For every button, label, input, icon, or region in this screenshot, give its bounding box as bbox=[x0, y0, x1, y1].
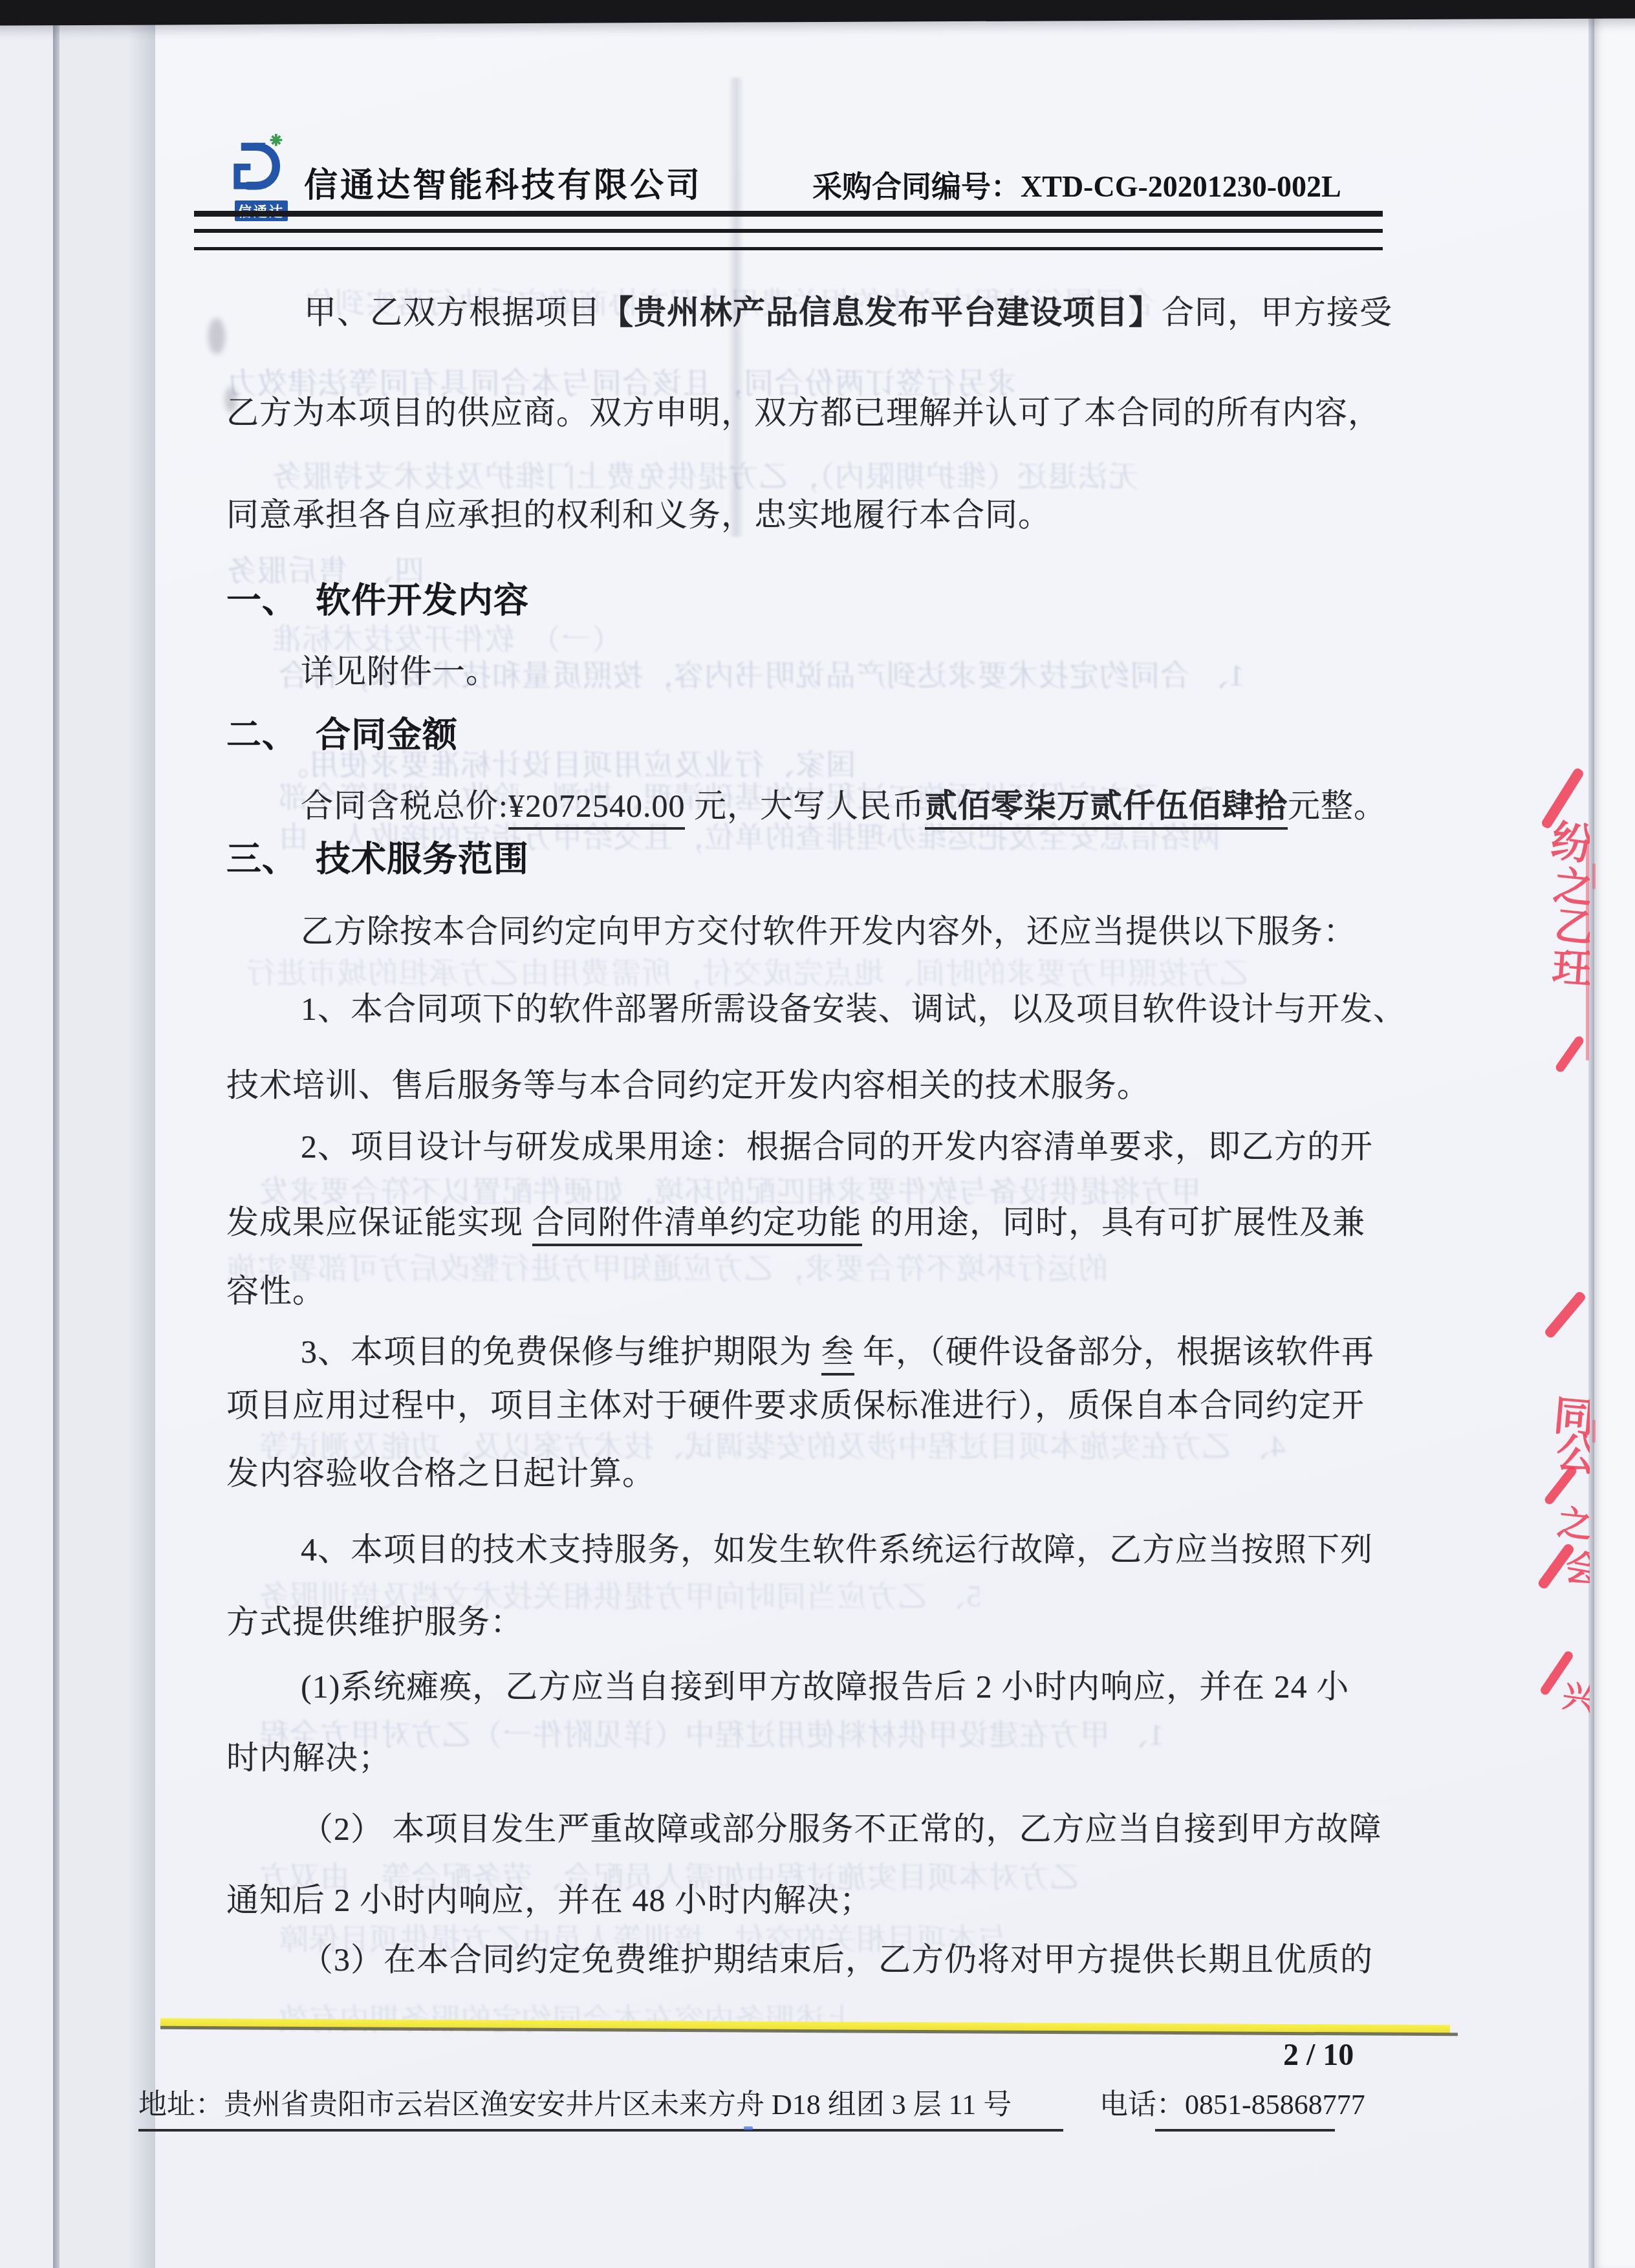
text-line: 技术培训、售后服务等与本合同约定开发内容相关的技术服务。 bbox=[226, 1067, 1150, 1105]
footer-phone-underline bbox=[1155, 2129, 1335, 2132]
text-run: 元，大写人民币 bbox=[685, 788, 925, 824]
text-run: 贰佰零柒万贰仟伍佰肆拾 bbox=[925, 788, 1288, 830]
text-line: 容性。 bbox=[226, 1273, 325, 1310]
page-number: 2 / 10 bbox=[1283, 2037, 1354, 2073]
bleed-through-line: 1、 甲方在建设甲供材料使用过程中（详见附件一）乙方对甲方全程 bbox=[259, 1711, 1164, 1754]
text-line: 通知后 2 小时内响应，并在 48 小时内解决； bbox=[226, 1882, 872, 1919]
header-double-rule bbox=[194, 211, 1383, 233]
contract-number-value: XTD-CG-20201230-002L bbox=[1021, 170, 1341, 203]
page-left-shadow bbox=[128, 17, 155, 2268]
seal-character: 乙 bbox=[1553, 906, 1590, 949]
text-line: 3、本项目的免费保修与维护期限为 叁 年，（硬件设备部分，根据该软件再 bbox=[301, 1334, 1374, 1371]
text-line: (1)系统瘫痪，乙方应当自接到甲方故障报告后 2 小时内响应，并在 24 小 bbox=[301, 1669, 1349, 1706]
text-run: 一、 软件开发内容 bbox=[226, 581, 529, 620]
company-logo: 信通达 bbox=[224, 132, 299, 221]
text-run: 1、本合同项下的软件部署所需设备安装、调试，以及项目软件设计与开发、 bbox=[301, 991, 1406, 1027]
edge-seal-stamp-strip: 纷之乙玨同公之会兴 bbox=[1488, 744, 1590, 1753]
text-run: 发成果应保证能实现 bbox=[226, 1204, 532, 1240]
text-run: 详见附件一。 bbox=[301, 653, 499, 689]
text-run: 发内容验收合格之日起计算。 bbox=[226, 1455, 655, 1491]
text-run: 同意承担各自应承担的权利和义务，忠实地履行本合同。 bbox=[226, 497, 1051, 533]
text-run: 容性。 bbox=[226, 1273, 325, 1309]
text-line: 乙方为本项目的供应商。双方申明，双方都已理解并认可了本合同的所有内容， bbox=[226, 394, 1381, 432]
scanner-background bbox=[1594, 17, 1635, 2268]
seal-fragment bbox=[1592, 863, 1596, 889]
text-line: 乙方除按本合同约定向甲方交付软件开发内容外，还应当提供以下服务： bbox=[301, 913, 1356, 951]
logo-mark bbox=[228, 132, 295, 199]
text-run: 二、 合同金额 bbox=[226, 716, 458, 755]
contract-number: 采购合同编号：XTD-CG-20201230-002L bbox=[812, 163, 1341, 206]
text-line: 方式提供维护服务： bbox=[226, 1604, 523, 1641]
text-run: 合同附件清单约定功能 bbox=[532, 1204, 862, 1246]
text-run: （2） 本项目发生严重故障或部分服务不正常的，乙方应当自接到甲方故障 bbox=[301, 1811, 1382, 1847]
company-name: 信通达智能科技有限公司 bbox=[304, 158, 702, 206]
seal-edge-line bbox=[1586, 841, 1589, 1061]
text-run: 乙方除按本合同约定向甲方交付软件开发内容外，还应当提供以下服务： bbox=[301, 913, 1356, 949]
text-line: 发内容验收合格之日起计算。 bbox=[226, 1455, 655, 1493]
text-line: 4、本项目的技术支持服务，如发生软件系统运行故障，乙方应当按照下列 bbox=[301, 1531, 1373, 1569]
text-run: 时内解决； bbox=[226, 1740, 391, 1776]
text-line: 三、 技术服务范围 bbox=[226, 839, 529, 880]
text-run: 3、本项目的免费保修与维护期限为 bbox=[301, 1334, 821, 1370]
text-run: 合同，甲方接受 bbox=[1162, 294, 1392, 330]
contract-number-label: 采购合同编号： bbox=[812, 170, 1021, 203]
text-run: 通知后 2 小时内响应，并在 48 小时内解决； bbox=[226, 1882, 872, 1918]
seal-character: 之 bbox=[1552, 866, 1590, 910]
seal-stroke bbox=[1543, 1290, 1587, 1339]
text-run: 年，（硬件设备部分，根据该软件再 bbox=[854, 1334, 1375, 1370]
text-run: 乙方为本项目的供应商。双方申明，双方都已理解并认可了本合同的所有内容， bbox=[226, 394, 1381, 431]
text-run: (1)系统瘫痪，乙方应当自接到甲方故障报告后 2 小时内响应，并在 24 小 bbox=[301, 1669, 1349, 1705]
text-line: 项目应用过程中，项目主体对于硬件要求质保标准进行），质保自本合同约定开 bbox=[226, 1387, 1365, 1425]
scan-smudge bbox=[208, 318, 225, 354]
text-run: 4、本项目的技术支持服务，如发生软件系统运行故障，乙方应当按照下列 bbox=[301, 1531, 1373, 1568]
text-run: 的用途，同时，具有可扩展性及兼 bbox=[862, 1204, 1366, 1240]
text-run: 合同含税总价: bbox=[301, 788, 508, 824]
seal-character: 之 bbox=[1555, 1505, 1590, 1543]
text-line: 发成果应保证能实现 合同附件清单约定功能 的用途，同时，具有可扩展性及兼 bbox=[226, 1204, 1365, 1242]
text-line: 同意承担各自应承担的权利和义务，忠实地履行本合同。 bbox=[226, 497, 1051, 534]
seal-stroke bbox=[1554, 1035, 1585, 1074]
text-line: 时内解决； bbox=[226, 1740, 391, 1777]
seal-character: 玨 bbox=[1551, 948, 1590, 991]
scan-ink-speck bbox=[744, 2126, 753, 2130]
footer-address-underline bbox=[138, 2129, 1063, 2132]
text-line: 1、本合同项下的软件部署所需设备安装、调试，以及项目软件设计与开发、 bbox=[301, 991, 1406, 1028]
text-run: 项目应用过程中，项目主体对于硬件要求质保标准进行），质保自本合同约定开 bbox=[226, 1387, 1365, 1423]
footer-address: 地址：贵州省贵阳市云岩区渔安安井片区未来方舟 D18 组团 3 层 11 号 bbox=[138, 2081, 1012, 2122]
text-run: ¥2072540.00 bbox=[508, 788, 686, 830]
text-run: （3）在本合同约定免费维护期结束后，乙方仍将对甲方提供长期且优质的 bbox=[301, 1941, 1373, 1978]
text-run: 甲、乙双方根据项目 bbox=[304, 294, 601, 330]
header-thin-rule bbox=[194, 247, 1383, 250]
bleed-through-line: 无法退还（维护期限内），乙方提供免费上门维护及技术支持服务 bbox=[272, 453, 1138, 495]
text-line: 2、项目设计与研发成果用途：根据合同的开发内容清单要求，即乙方的开 bbox=[301, 1129, 1373, 1166]
under-sheet-edge bbox=[53, 17, 60, 2268]
bleed-through-line: 的运行环境不符合要求，乙方应通知甲方进行整改后方可部署实施 bbox=[226, 1245, 1108, 1288]
text-line: 甲、乙双方根据项目【贵州林产品信息发布平台建设项目】合同，甲方接受 bbox=[304, 294, 1392, 332]
text-line: 详见附件一。 bbox=[301, 653, 499, 691]
text-run: 方式提供维护服务： bbox=[226, 1604, 523, 1640]
text-line: （3）在本合同约定免费维护期结束后，乙方仍将对甲方提供长期且优质的 bbox=[301, 1941, 1373, 1979]
scanned-contract-page: { "header": { "company": "信通达智能科技有限公司", … bbox=[0, 0, 1635, 2268]
text-run: 技术培训、售后服务等与本合同约定开发内容相关的技术服务。 bbox=[226, 1067, 1150, 1103]
footer-phone: 电话：0851-85868777 bbox=[1099, 2081, 1365, 2122]
text-line: 合同含税总价:¥2072540.00 元，大写人民币贰佰零柒万贰仟伍佰肆拾元整。 bbox=[301, 788, 1387, 825]
seal-character: 兴 bbox=[1561, 1679, 1590, 1716]
seal-character: 纷 bbox=[1548, 820, 1590, 869]
text-line: 一、 软件开发内容 bbox=[226, 581, 529, 621]
under-sheet-left bbox=[0, 17, 53, 2268]
bleed-through-line: 乙方按照甲方要求的时间、地点完成交付，所需费用由乙方承担的城市进行 bbox=[246, 949, 1249, 992]
text-line: 二、 合同金额 bbox=[226, 715, 458, 755]
text-run: 【贵州林产品信息发布平台建设项目】 bbox=[601, 294, 1162, 330]
text-run: 2、项目设计与研发成果用途：根据合同的开发内容清单要求，即乙方的开 bbox=[301, 1129, 1373, 1165]
text-run: 叁 bbox=[821, 1334, 854, 1376]
text-line: （2） 本项目发生严重故障或部分服务不正常的，乙方应当自接到甲方故障 bbox=[301, 1811, 1382, 1848]
text-run: 元整。 bbox=[1288, 788, 1387, 824]
seal-fragment bbox=[1592, 1420, 1596, 1443]
text-run: 三、 技术服务范围 bbox=[226, 840, 529, 879]
